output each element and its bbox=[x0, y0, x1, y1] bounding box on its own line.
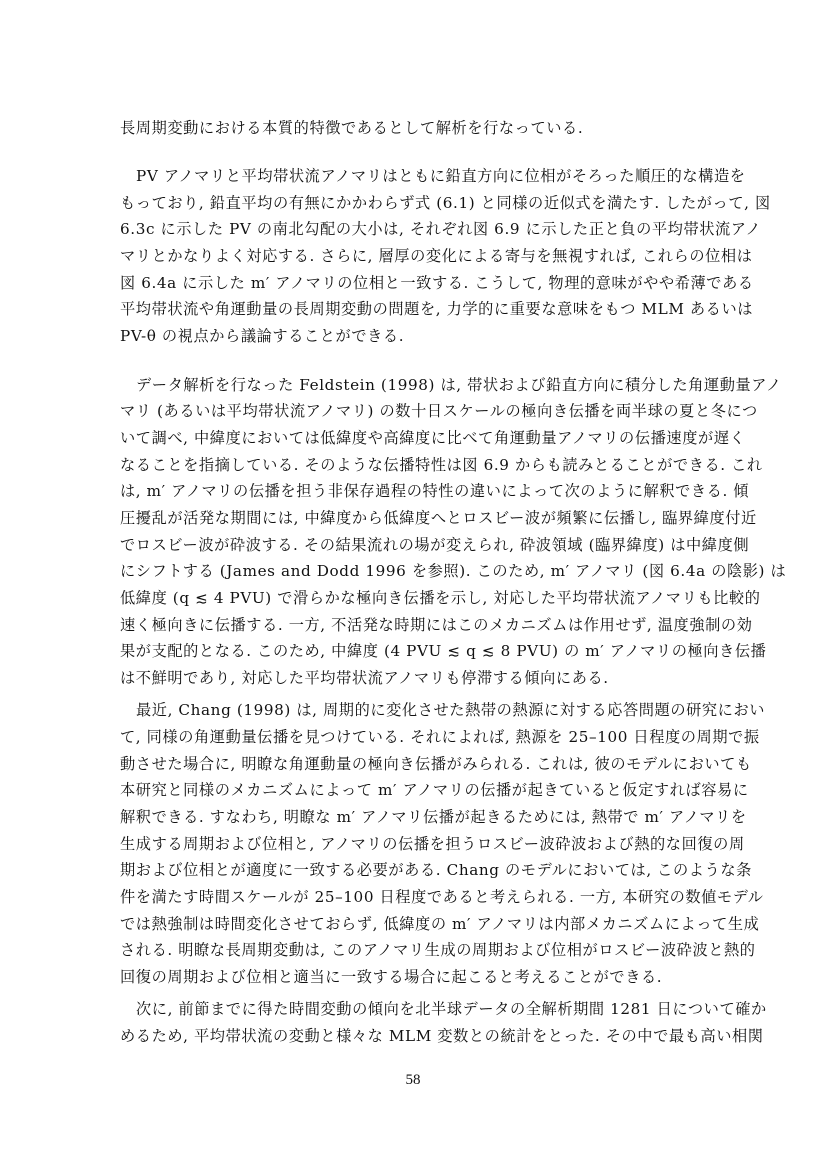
paragraph-2-line-2: もっており, 鉛直平均の有無にかかわらず式 (6.1) と同様の近似式を満たす.… bbox=[120, 193, 754, 213]
paragraph-2-line-1: PV アノマリと平均帯状流アノマリはともに鉛直方向に位相がそろった順圧的な構造を bbox=[136, 166, 754, 186]
paragraph-4-line-5: 解釈できる. すなわち, 明瞭な m′ アノマリ伝播が起きるためには, 熱帯で … bbox=[120, 807, 754, 827]
paragraph-3-line-11: 果が支配的となる. このため, 中緯度 (4 PVU ≲ q ≲ 8 PVU) … bbox=[120, 641, 754, 661]
paragraph-2-line-7: PV-θ の視点から議論することができる. bbox=[120, 326, 754, 346]
page-number: 58 bbox=[0, 1072, 826, 1089]
paragraph-5-line-1: 次に, 前節までに得た時間変動の傾向を北半球データの全解析期間 1281 日につ… bbox=[136, 999, 754, 1019]
paragraph-4-line-6: 生成する周期および位相と, アノマリの伝播を担うロスビー波砕波および熱的な回復の… bbox=[120, 834, 754, 854]
paragraph-4-line-2: て, 同様の角運動量伝播を見つけている. それによれば, 熱源を 25–100 … bbox=[120, 727, 754, 747]
paragraph-2-line-4: マリとかなりよく対応する. さらに, 層厚の変化による寄与を無視すれば, これら… bbox=[120, 246, 754, 266]
paragraph-2-line-5: 図 6.4a に示した m′ アノマリの位相と一致する. こうして, 物理的意味… bbox=[120, 273, 754, 293]
paragraph-3-line-4: なることを指摘している. そのような伝播特性は図 6.9 からも読みとることがで… bbox=[120, 455, 754, 475]
paragraph-1-line-1: 長周期変動における本質的特徴であるとして解析を行なっている. bbox=[120, 118, 754, 138]
paragraph-5-line-2: めるため, 平均帯状流の変動と様々な MLM 変数との統計をとった. その中で最… bbox=[120, 1026, 754, 1046]
paragraph-3-line-12: は不鮮明であり, 対応した平均帯状流アノマリも停滞する傾向にある. bbox=[120, 668, 754, 688]
paragraph-3-line-8: にシフトする (James and Dodd 1996 を参照). このため, … bbox=[120, 561, 754, 581]
paragraph-4-line-7: 期および位相とが適度に一致する必要がある. Chang のモデルにおいては, こ… bbox=[120, 860, 754, 880]
paragraph-4-line-11: 回復の周期および位相と適当に一致する場合に起こると考えることができる. bbox=[120, 967, 754, 987]
paragraph-4-line-4: 本研究と同様のメカニズムによって m′ アノマリの伝播が起きていると仮定すれば容… bbox=[120, 780, 754, 800]
paragraph-3-line-3: いて調べ, 中緯度においては低緯度や高緯度に比べて角運動量アノマリの伝播速度が遅… bbox=[120, 428, 754, 448]
paragraph-2-line-3: 6.3c に示した PV の南北勾配の大小は, それぞれ図 6.9 に示した正と… bbox=[120, 219, 754, 239]
paragraph-2-line-6: 平均帯状流や角運動量の長周期変動の問題を, 力学的に重要な意味をもつ MLM あ… bbox=[120, 299, 754, 319]
document-page: 長周期変動における本質的特徴であるとして解析を行なっている. PV アノマリと平… bbox=[0, 0, 826, 1169]
paragraph-3-line-6: 圧擾乱が活発な期間には, 中緯度から低緯度へとロスビー波が頻繁に伝播し, 臨界緯… bbox=[120, 508, 754, 528]
paragraph-4-line-8: 件を満たす時間スケールが 25–100 日程度であると考えられる. 一方, 本研… bbox=[120, 887, 754, 907]
paragraph-3-line-7: でロスビー波が砕波する. その結果流れの場が変えられ, 砕波領域 (臨界緯度) … bbox=[120, 535, 754, 555]
paragraph-4-line-1: 最近, Chang (1998) は, 周期的に変化させた熱帯の熱源に対する応答… bbox=[136, 700, 754, 720]
paragraph-4-line-3: 動させた場合に, 明瞭な角運動量の極向き伝播がみられる. これは, 彼のモデルに… bbox=[120, 754, 754, 774]
paragraph-3-line-5: は, m′ アノマリの伝播を担う非保存過程の特性の違いによって次のように解釈でき… bbox=[120, 481, 754, 501]
paragraph-4-line-9: では熱強制は時間変化させておらず, 低緯度の m′ アノマリは内部メカニズムによ… bbox=[120, 914, 754, 934]
paragraph-3-line-2: マリ (あるいは平均帯状流アノマリ) の数十日スケールの極向き伝播を両半球の夏と… bbox=[120, 401, 754, 421]
paragraph-3-line-9: 低緯度 (q ≲ 4 PVU) で滑らかな極向き伝播を示し, 対応した平均帯状流… bbox=[120, 588, 754, 608]
paragraph-4-line-10: される. 明瞭な長周期変動は, このアノマリ生成の周期および位相がロスビー波砕波… bbox=[120, 940, 754, 960]
paragraph-3-line-10: 速く極向きに伝播する. 一方, 不活発な時期にはこのメカニズムは作用せず, 温度… bbox=[120, 615, 754, 635]
paragraph-3-line-1: データ解析を行なった Feldstein (1998) は, 帯状および鉛直方向… bbox=[136, 375, 754, 395]
